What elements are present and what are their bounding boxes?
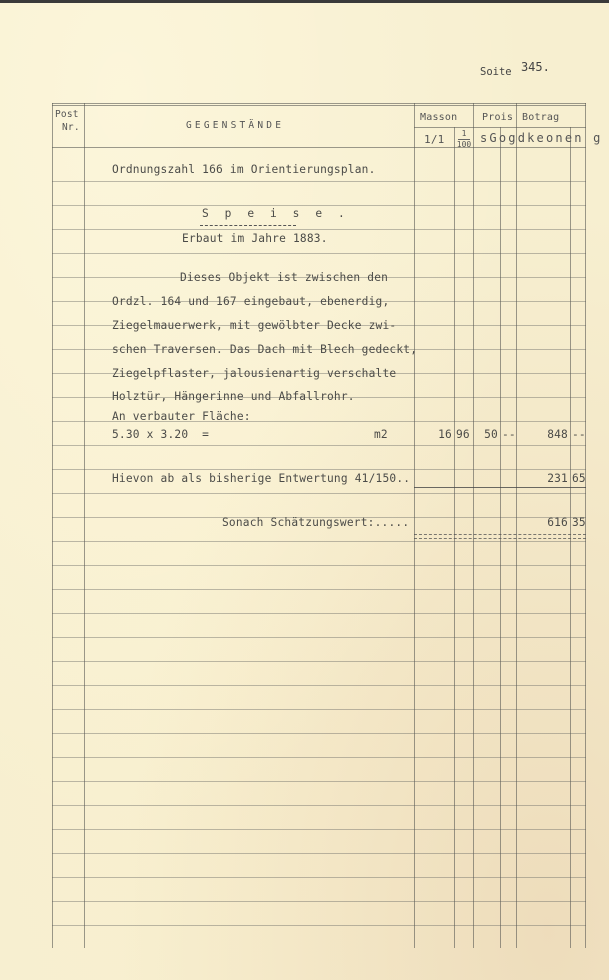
page-label: Soite [480,66,512,78]
calc-massen-int: 16 [424,428,452,441]
deduction-label: Hievon ab als bisherige Entwertung 41/15… [112,472,410,485]
col-line-preis [516,103,517,948]
calc-massen-dec: 96 [456,428,470,441]
total-label: Sonach Schätzungswert:..... [222,516,409,529]
page-number: Soite 345. [480,64,550,78]
header-currency-goldkronen: sGogdkeonen g [480,131,603,145]
calc-betrag-dec: -- [572,428,586,441]
body-line-description-3: Ziegelmauerwerk, mit gewölbter Decke zwi… [112,319,396,332]
header-gegenstaende: GEGENSTÄNDE [186,120,284,131]
total-double-rule [414,534,586,539]
ledger-table: Post Nr. GEGENSTÄNDE Masson 1/1 1100 Pro… [52,103,586,948]
body-line-description-2: Ordzl. 164 und 167 eingebaut, ebenerdig, [112,295,389,308]
subtotal-rule [414,487,586,488]
body-line-description-1: Dieses Objekt ist zwischen den [180,271,388,284]
body-line-erbaut: Erbaut im Jahre 1883. [182,232,328,245]
header-bottom-line [52,147,586,148]
col-line-left [52,103,53,948]
title-underline [200,225,296,226]
header-nr: Nr. [62,122,80,133]
body-line-title: S p e i s e . [202,207,349,220]
col-line-post [84,103,85,948]
col-line-massen [473,103,474,948]
total-betrag-dec: 35 [572,516,586,529]
header-post: Post [55,109,79,120]
body-line-description-4: schen Traversen. Das Dach mit Blech gede… [112,343,417,356]
body-line-description-6: Holztür, Hängerinne und Abfallrohr. [112,390,355,403]
calc-betrag-int: 848 [532,428,568,441]
header-betrag: Botrag [522,112,559,123]
header-preis: Prois [482,112,513,123]
calc-formula: 5.30 x 3.20 = [112,428,209,441]
calc-preis-dec: -- [502,428,516,441]
col-line-gegenstaende [414,103,415,948]
body-line-ordnungszahl: Ordnungszahl 166 im Orientierungsplan. [112,163,376,176]
header-massen-1-1: 1/1 [424,133,444,146]
page-number-value: 345. [521,60,550,74]
calc-unit: m2 [374,428,388,441]
table-top-border-inner [52,105,586,106]
fraction-denominator: 100 [457,140,471,149]
total-betrag-int: 616 [532,516,568,529]
scan-edge [0,0,609,3]
fraction-numerator: 1 [462,129,467,138]
deduction-betrag-int: 231 [532,472,568,485]
body-line-area-label: An verbauter Fläche: [112,410,251,423]
table-top-border [52,103,586,104]
header-massen: Masson [420,112,457,123]
body-line-description-5: Ziegelpflaster, jalousienartig verschalt… [112,367,396,380]
header-massen-fraction: 1100 [455,130,473,149]
deduction-betrag-dec: 65 [572,472,586,485]
calc-preis-int: 50 [476,428,498,441]
